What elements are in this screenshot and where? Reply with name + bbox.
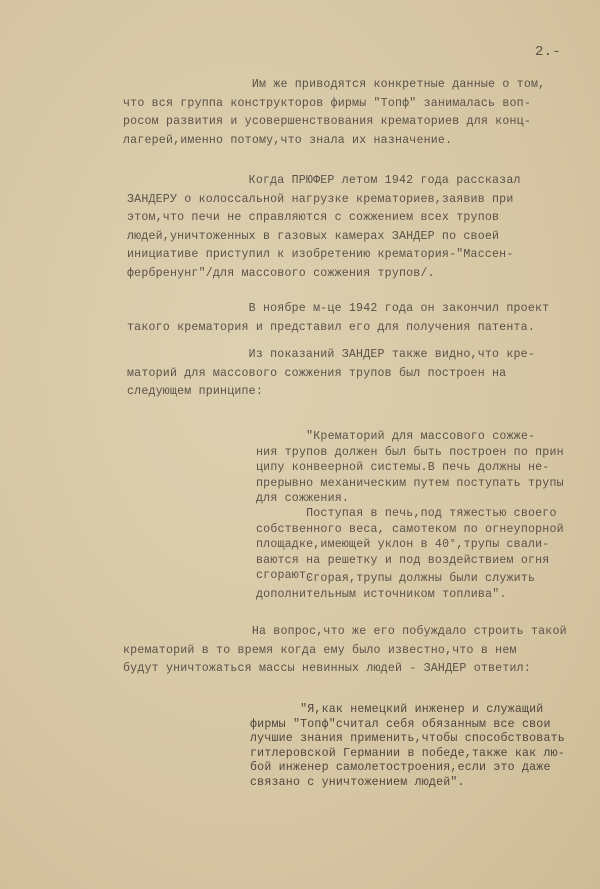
text-line: людей,уничтоженных в газовых камерах ЗАН… bbox=[127, 228, 521, 247]
text-line: Сгорая,трупы должны были служить bbox=[256, 571, 535, 587]
paragraph-topf-designers: Им же приводятся конкретные данные о том… bbox=[123, 76, 545, 150]
text-line: ния трупов должен был быть построен по п… bbox=[256, 445, 564, 461]
text-line: На вопрос,что же его побуждало строить т… bbox=[123, 623, 567, 642]
text-line: такого крематория и представил его для п… bbox=[127, 319, 549, 338]
text-line: В ноябре м-це 1942 года он закончил прое… bbox=[127, 300, 549, 319]
text-line: собственного веса, самотеком по огнеупор… bbox=[256, 522, 564, 538]
text-line: Поступая в печь,под тяжестью своего bbox=[256, 506, 564, 522]
text-line: Когда ПРЮФЕР летом 1942 года рассказал bbox=[127, 172, 521, 191]
page-number: 2.- bbox=[535, 44, 561, 60]
text-line: связано с уничтожением людей". bbox=[250, 776, 565, 791]
text-line: ЗАНДЕРУ о колоссальной нагрузке крематор… bbox=[127, 191, 521, 210]
text-line: Им же приводятся конкретные данные о том… bbox=[123, 76, 545, 95]
text-line: "Я,как немецкий инженер и служащий bbox=[250, 703, 565, 718]
paragraph-prufer-sander: Когда ПРЮФЕР летом 1942 года рассказалЗА… bbox=[127, 172, 521, 284]
text-line: будут уничтожаться массы невинных людей … bbox=[123, 660, 567, 679]
text-line: прерывно механическим путем поступать тр… bbox=[256, 476, 564, 492]
text-line: площадке,имеющей уклон в 40°,трупы свали… bbox=[256, 537, 564, 553]
text-line: лучшие знания применить,чтобы способство… bbox=[250, 732, 565, 747]
text-line: этом,что печи не справляются с сожжением… bbox=[127, 209, 521, 228]
text-line: бой инженер самолетостроения,если это да… bbox=[250, 761, 565, 776]
text-line: что вся группа конструкторов фирмы "Топф… bbox=[123, 95, 545, 114]
paragraph-principle-intro: Из показаний ЗАНДЕР также видно,что кре-… bbox=[127, 346, 535, 402]
text-line: фербренунг"/для массового сожжения трупо… bbox=[127, 265, 521, 284]
text-line: Из показаний ЗАНДЕР также видно,что кре- bbox=[127, 346, 535, 365]
text-line: "Крематорий для массового сожже- bbox=[256, 429, 564, 445]
text-line: крематорий в то время когда ему было изв… bbox=[123, 642, 567, 661]
text-line: лагерей,именно потому,что знала их назна… bbox=[123, 132, 545, 151]
text-line: фирмы "Топф"считал себя обязанным все св… bbox=[250, 718, 565, 733]
text-line: росом развития и усовершенствования крем… bbox=[123, 113, 545, 132]
paragraph-patent: В ноябре м-це 1942 года он закончил прое… bbox=[127, 300, 549, 337]
document-page: 2.- Им же приводятся конкретные данные о… bbox=[0, 0, 600, 889]
text-line: следующем принципе: bbox=[127, 383, 535, 402]
text-line: маторий для массового сожжения трупов бы… bbox=[127, 365, 535, 384]
text-line: ципу конвеерной системы.В печь должны не… bbox=[256, 460, 564, 476]
paragraph-question: На вопрос,что же его побуждало строить т… bbox=[123, 623, 567, 679]
text-line: инициативе приступил к изобретению крема… bbox=[127, 246, 521, 265]
quote-conveyor-system: "Крематорий для массового сожже-ния труп… bbox=[256, 429, 564, 507]
text-line: ваются на решетку и под воздействием огн… bbox=[256, 553, 564, 569]
text-line: дополнительным источником топлива". bbox=[256, 587, 535, 603]
quote-fuel-source: Сгорая,трупы должны были служитьдополнит… bbox=[256, 571, 535, 602]
quote-sander-answer: "Я,как немецкий инженер и служащийфирмы … bbox=[250, 703, 565, 791]
text-line: гитлеровской Германии в победе,также как… bbox=[250, 747, 565, 762]
text-line: для сожжения. bbox=[256, 491, 564, 507]
